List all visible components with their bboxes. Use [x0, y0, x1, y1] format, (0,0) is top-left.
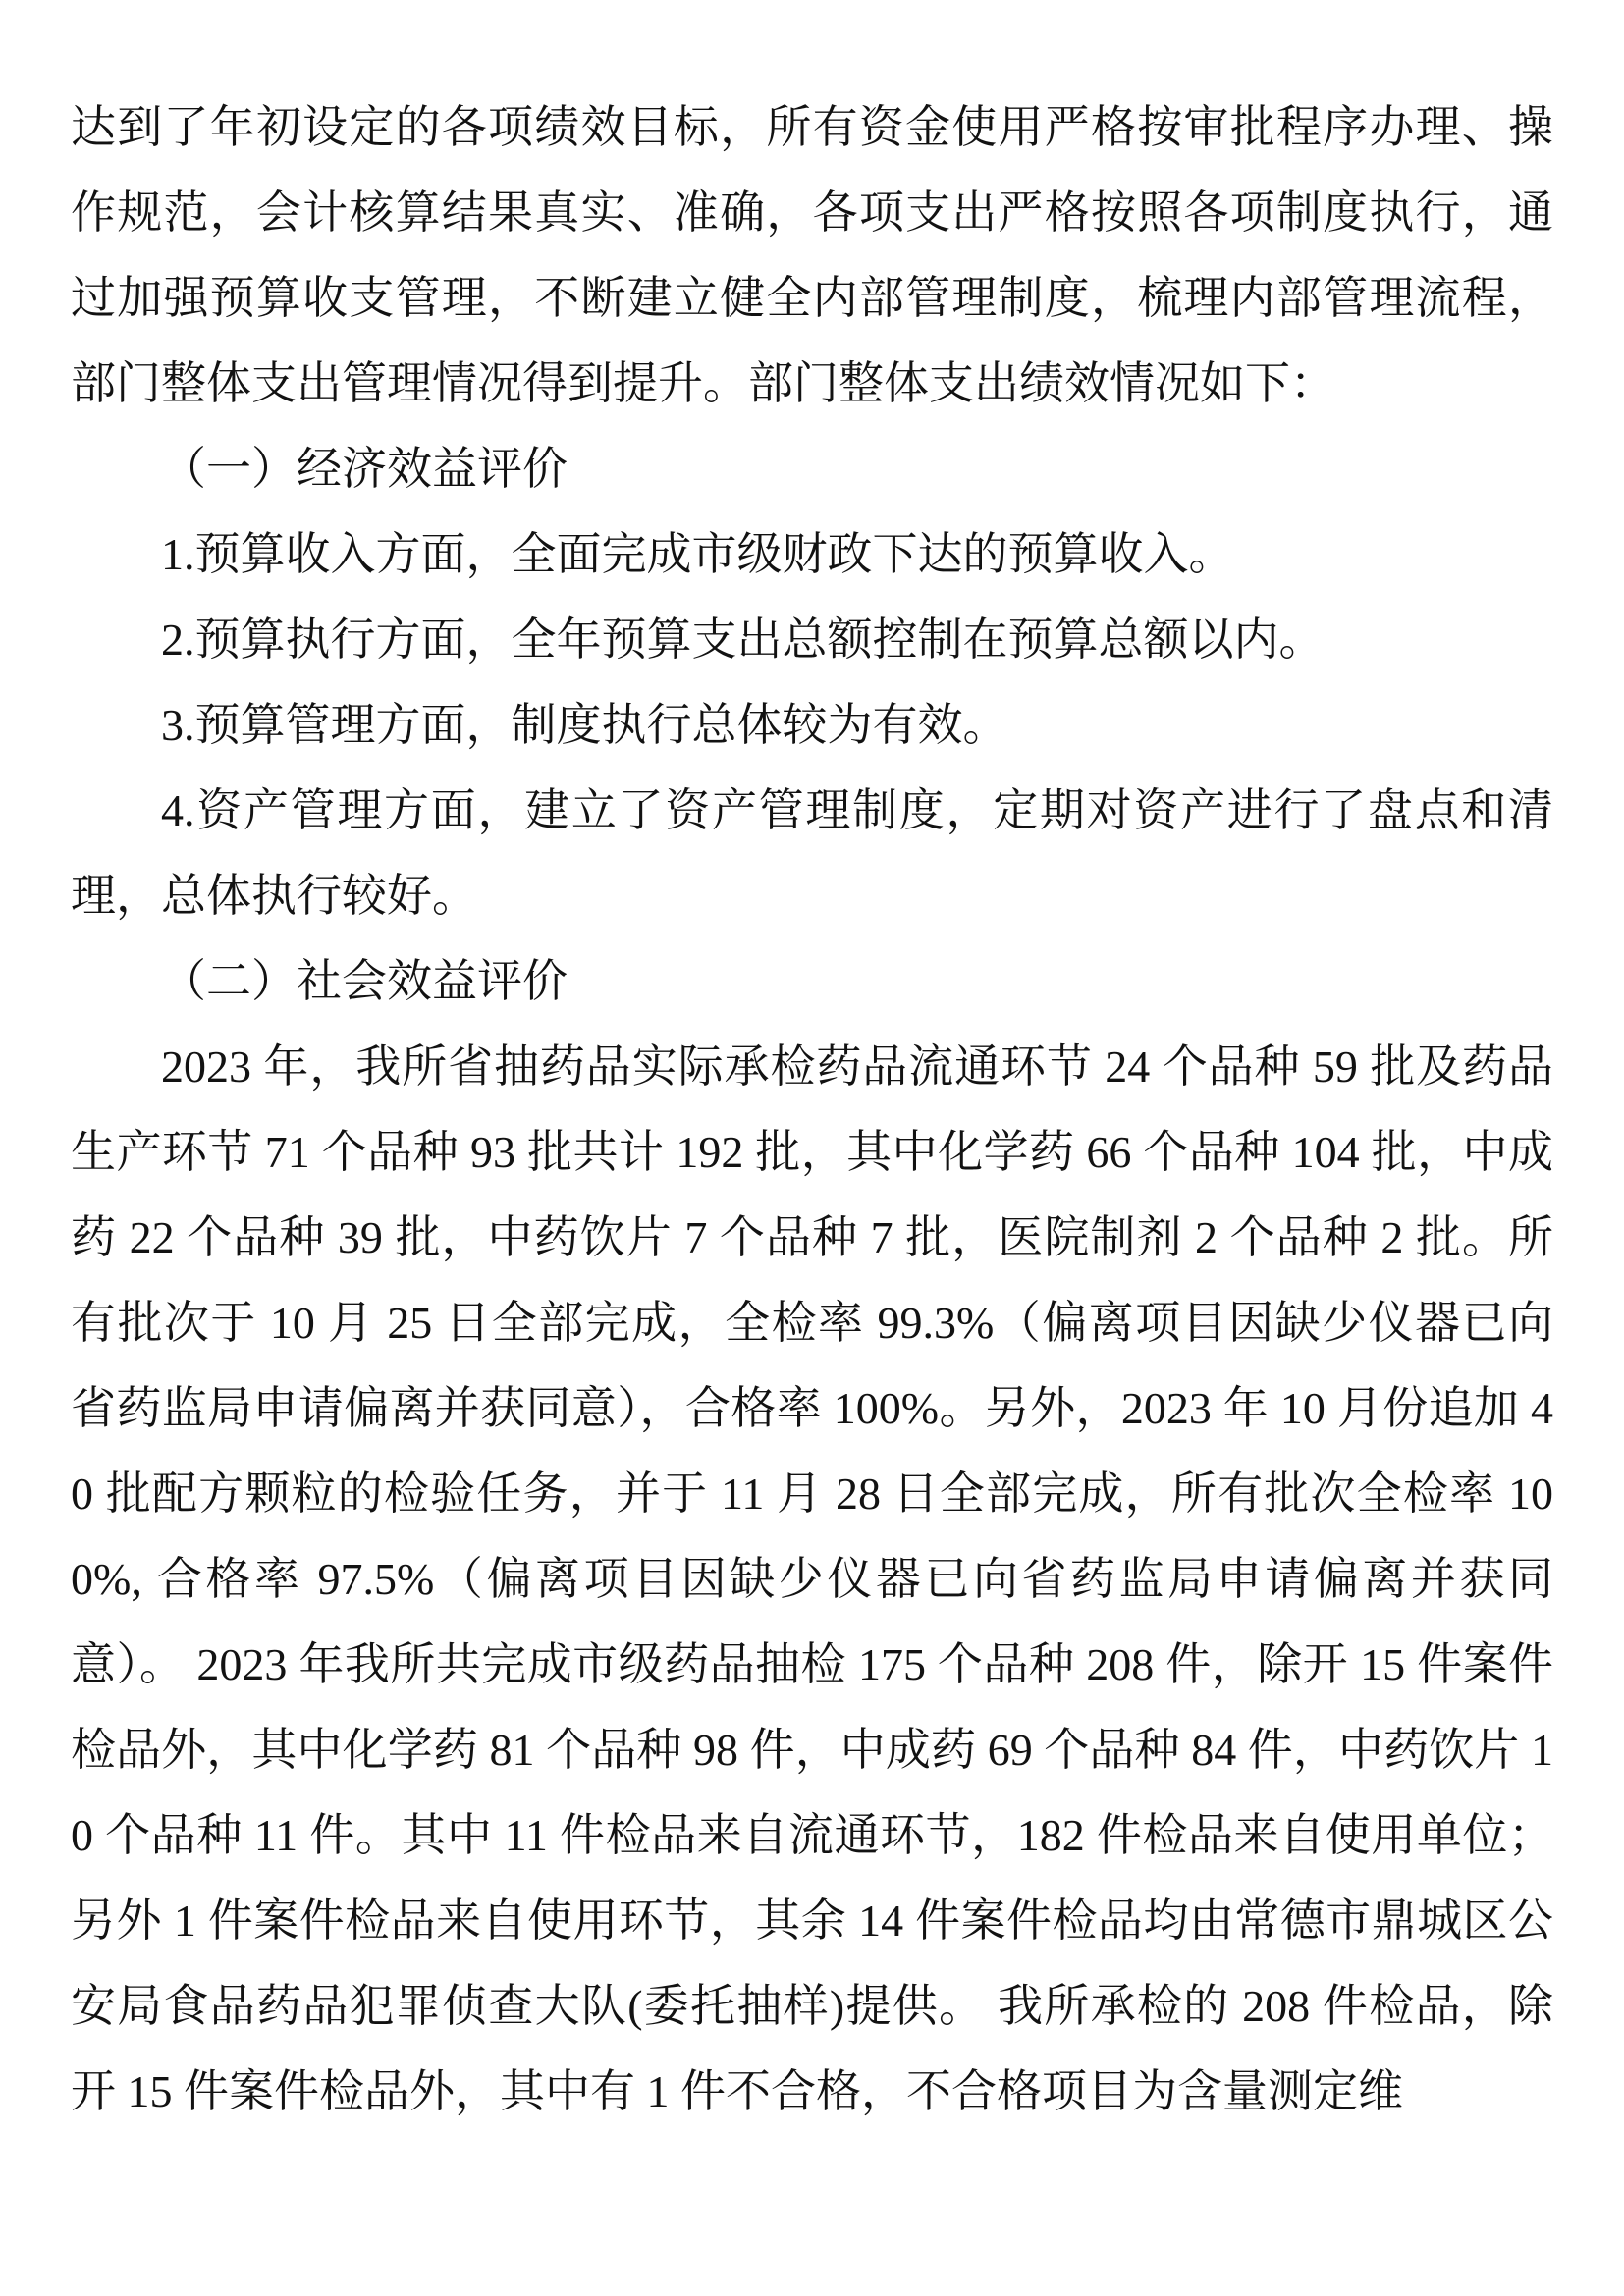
paragraph: 2023 年，我所省抽药品实际承检药品流通环节 24 个品种 59 批及药品生产…	[71, 1024, 1553, 2134]
document-page: 达到了年初设定的各项绩效目标，所有资金使用严格按审批程序办理、操作规范，会计核算…	[0, 0, 1624, 2296]
paragraph: 4.资产管理方面，建立了资产管理制度，定期对资产进行了盘点和清理，总体执行较好。	[71, 768, 1553, 938]
document-body: 达到了年初设定的各项绩效目标，所有资金使用严格按审批程序办理、操作规范，会计核算…	[71, 84, 1553, 2134]
paragraph: 2.预算执行方面，全年预算支出总额控制在预算总额以内。	[71, 597, 1553, 682]
paragraph: 1.预算收入方面，全面完成市级财政下达的预算收入。	[71, 511, 1553, 597]
paragraph: 3.预算管理方面，制度执行总体较为有效。	[71, 682, 1553, 768]
paragraph: （一）经济效益评价	[71, 426, 1553, 511]
paragraph: 达到了年初设定的各项绩效目标，所有资金使用严格按审批程序办理、操作规范，会计核算…	[71, 84, 1553, 426]
paragraph: （二）社会效益评价	[71, 938, 1553, 1024]
